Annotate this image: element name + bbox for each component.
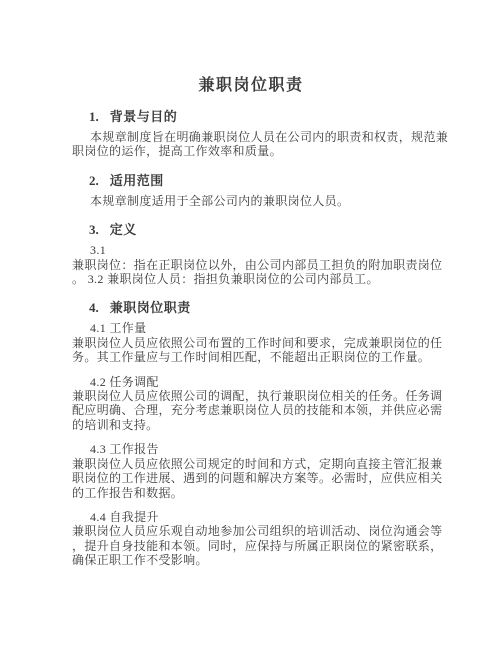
paragraph: 4.1 工作量 兼职岗位人员应依照公司布置的工作时间和要求，完成兼职岗位的任 务… [72,321,430,364]
text-line: 兼职岗位人员应依照公司规定的时间和方式，定期向直接主管汇报兼 [72,457,430,471]
text-line: 4.4 自我提升 [72,510,430,524]
document-page: 兼职岗位职责 1.背景与目的 本规章制度旨在明确兼职岗位人员在公司内的职责和权责… [0,0,500,647]
paragraph: 4.4 自我提升 兼职岗位人员应乐观自动地参加公司组织的培训活动、岗位沟通会等 … [72,510,430,568]
heading-number: 1. [89,109,99,124]
text-line: 的培训和支持。 [72,418,430,432]
section-heading-3: 3.定义 [72,222,430,237]
text-line: 兼职岗位人员应乐观自动地参加公司组织的培训活动、岗位沟通会等 [72,524,430,538]
text-line: 兼职岗位：指在正职岗位以外，由公司内部员工担负的附加职责岗位 [72,258,430,272]
paragraph: 本规章制度适用于全部公司内的兼职岗位人员。 [72,194,430,208]
text-line: 配应明确、合理，充分考虑兼职岗位人员的技能和本领，并供应必需 [72,403,430,417]
section-heading-4: 4.兼职岗位职责 [72,300,430,315]
section-heading-2: 2.适用范围 [72,173,430,188]
paragraph: 本规章制度旨在明确兼职岗位人员在公司内的职责和权责，规范兼 职岗位的运作，提高工… [72,130,430,159]
document-title: 兼职岗位职责 [72,76,430,96]
heading-number: 3. [89,222,99,237]
text-line: 的工作报告和数据。 [72,486,430,500]
section-heading-1: 1.背景与目的 [72,109,430,124]
heading-number: 4. [89,300,99,315]
text-line: 兼职岗位人员应依照公司布置的工作时间和要求，完成兼职岗位的任 [72,336,430,350]
heading-label: 背景与目的 [110,109,178,124]
text-line: 。 3.2 兼职岗位人员：指担负兼职岗位的公司内部员工。 [72,272,430,286]
text-line: 确保正职工作不受影响。 [72,553,430,567]
text-line: 职岗位的运作，提高工作效率和质量。 [72,144,430,158]
text-line: 职岗位的工作进展、遇到的问题和解决方案等。必需时，应供应相关 [72,471,430,485]
paragraph: 4.3 工作报告 兼职岗位人员应依照公司规定的时间和方式，定期向直接主管汇报兼 … [72,442,430,500]
text-line: 本规章制度旨在明确兼职岗位人员在公司内的职责和权责，规范兼 [72,130,430,144]
text-line: 4.2 任务调配 [72,375,430,389]
heading-number: 2. [89,173,99,188]
heading-label: 定义 [110,222,137,237]
text-line: 本规章制度适用于全部公司内的兼职岗位人员。 [72,194,430,208]
text-line: ，提升自身技能和本领。同时，应保持与所属正职岗位的紧密联系， [72,539,430,553]
heading-label: 适用范围 [110,173,164,188]
document-content: 兼职岗位职责 1.背景与目的 本规章制度旨在明确兼职岗位人员在公司内的职责和权责… [72,76,430,578]
text-line: 兼职岗位人员应依照公司的调配，执行兼职岗位相关的任务。任务调 [72,389,430,403]
paragraph: 4.2 任务调配 兼职岗位人员应依照公司的调配，执行兼职岗位相关的任务。任务调 … [72,375,430,433]
text-line: 4.1 工作量 [72,321,430,335]
paragraph: 3.1 兼职岗位：指在正职岗位以外，由公司内部员工担负的附加职责岗位 。 3.2… [72,243,430,286]
text-line: 4.3 工作报告 [72,442,430,456]
text-line: 3.1 [72,243,430,257]
text-line: 务。其工作量应与工作时间相匹配，不能超出正职岗位的工作量。 [72,350,430,364]
heading-label: 兼职岗位职责 [110,300,191,315]
